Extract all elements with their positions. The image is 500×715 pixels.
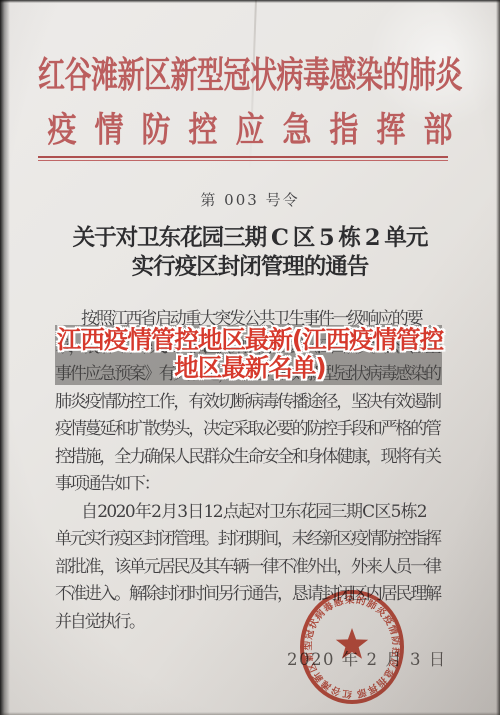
letterhead-line-1: 红谷滩新区新型冠状病毒感染的肺炎	[38, 46, 462, 97]
body-line: 自 2020 年 2 月 3 日 12 点起对卫东花园三期 C 区 5 栋 2	[55, 499, 453, 527]
letterhead-line-2: 疫情防控应急指挥部	[0, 103, 500, 152]
photo-edge-top	[0, 0, 500, 3]
body-line: 控措施，全力确保人民群众生命安全和身体健康，现将有关	[55, 444, 453, 472]
letterhead: 红谷滩新区新型冠状病毒感染的肺炎 疫情防控应急指挥部	[0, 46, 500, 144]
official-seal: 红谷滩新区新型冠状病毒感染的肺炎疫情防控应急指挥部	[296, 588, 408, 706]
body-line: 肺炎疫情防控工作，有效切断病毒传播途径，坚决有效遏制	[55, 389, 453, 417]
notice-title-line-2: 实行疫区封闭管理的通告	[0, 253, 500, 282]
caption-overlay: 江西疫情管控地区最新(江西疫情管控 地区最新名单)	[40, 326, 460, 382]
notice-title-line-1: 关于对卫东花园三期 C 区 5 栋 2 单元	[0, 224, 500, 253]
caption-line-2: 地区最新名单)	[40, 354, 460, 382]
star-icon	[336, 628, 368, 659]
body-line: 单元实行疫区封闭管理。封闭期间，未经新区疫情防控指挥	[55, 526, 453, 554]
body-line: 事项通告如下：	[55, 471, 453, 499]
red-divider	[38, 156, 448, 161]
caption-line-1: 江西疫情管控地区最新(江西疫情管控	[40, 326, 460, 354]
document-photo: 红谷滩新区新型冠状病毒感染的肺炎 疫情防控应急指挥部 第 003 号令 关于对卫…	[0, 0, 500, 715]
body-line: 疫情蔓延和扩散势头，决定采取必要的防控手段和严格的管	[55, 416, 453, 444]
notice-title: 关于对卫东花园三期 C 区 5 栋 2 单元 实行疫区封闭管理的通告	[0, 224, 500, 282]
order-number: 第 003 号令	[0, 189, 500, 210]
body-line: 部批准，该单元居民及其车辆一律不准外出，外来人员一律	[55, 554, 453, 582]
